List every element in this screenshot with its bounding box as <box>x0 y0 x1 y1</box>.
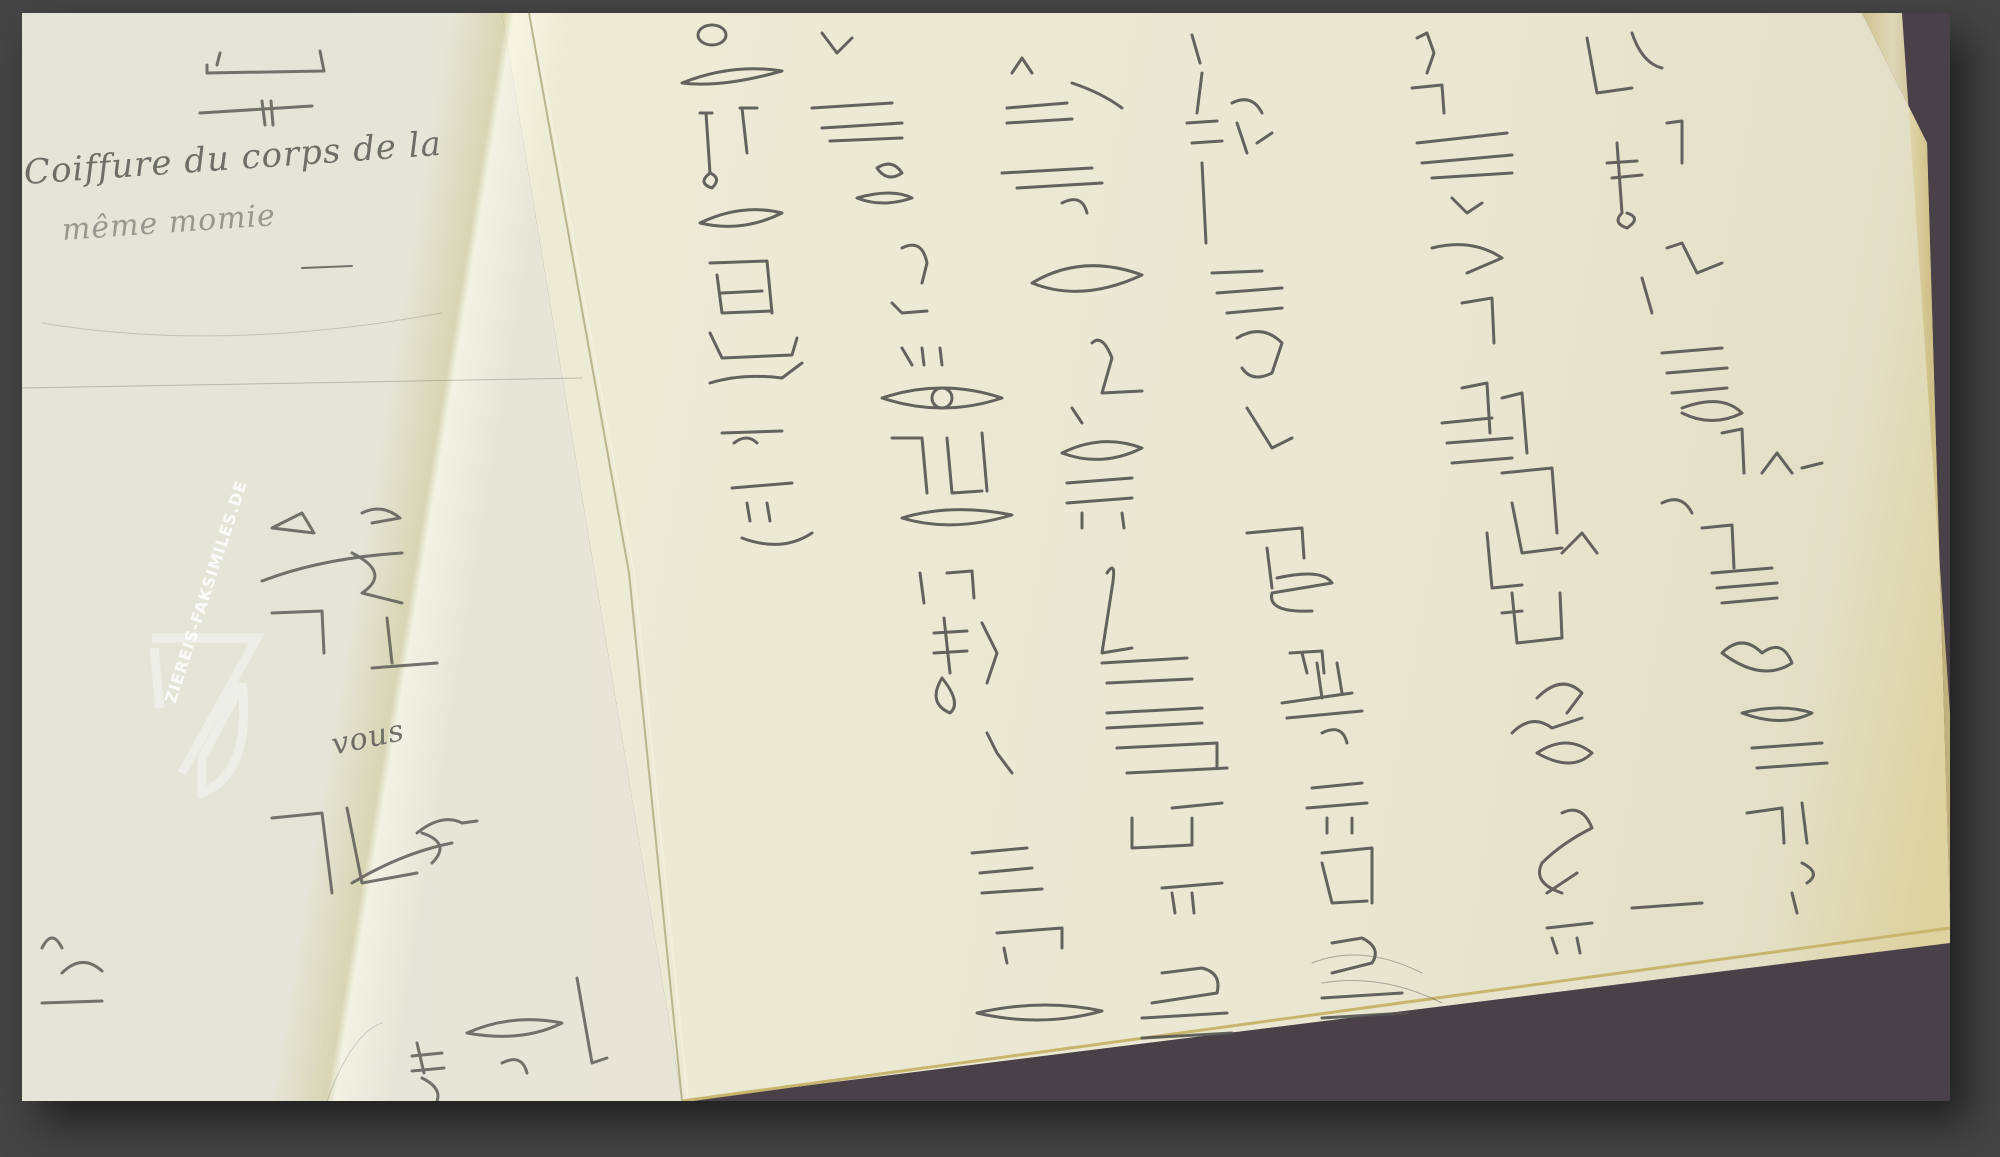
zf-shield-logo-icon <box>142 623 312 813</box>
notebook-photo: Coiffure du corps de la même momie vous … <box>22 13 1950 1101</box>
